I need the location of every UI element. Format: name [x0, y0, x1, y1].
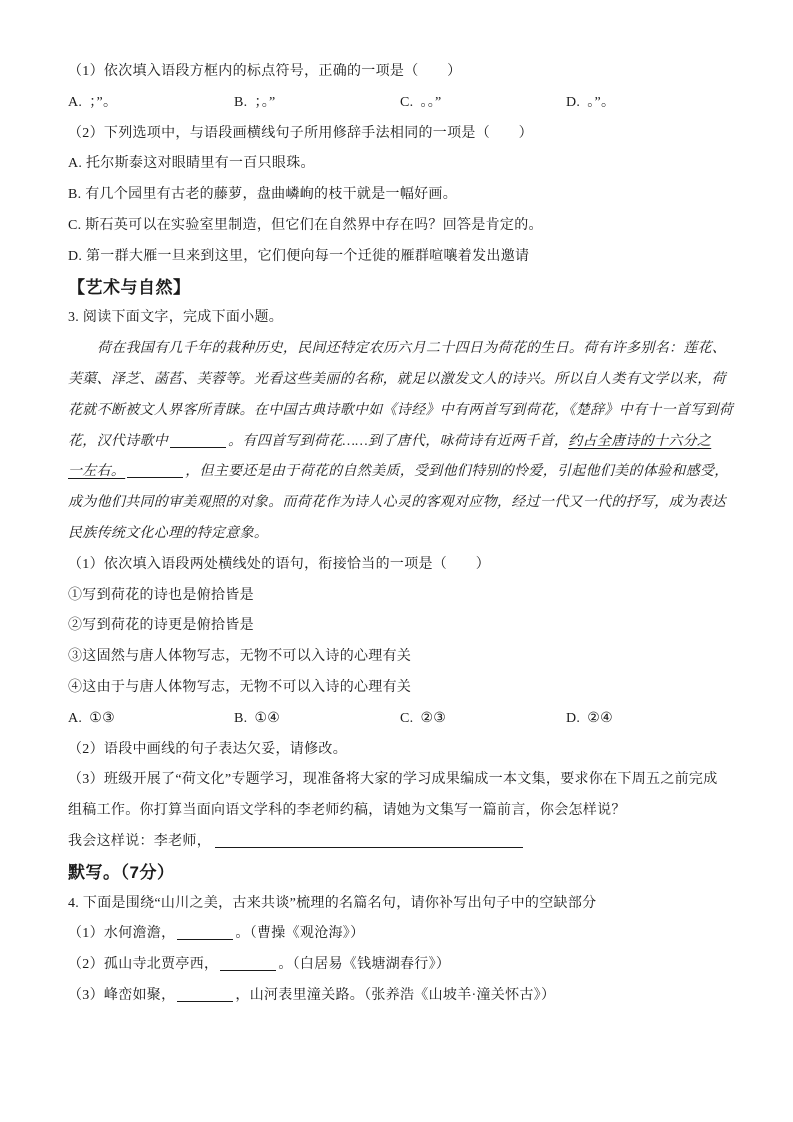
- option-label: B.: [234, 95, 247, 110]
- q3-sub3-line-1: （3）班级开展了“荷文化”专题学习，现准备将大家的学习成果编成一本文集，要求你在…: [68, 765, 735, 796]
- item-text: （3）峰峦如聚，: [68, 988, 175, 1003]
- q2-sub2-option-a: A. 托尔斯泰这对眼睛里有一百只眼珠。: [68, 149, 735, 180]
- q4-item-1: （1）水何澹澹，。（曹操《观沧海》）: [68, 919, 735, 950]
- q4-intro: 4. 下面是围绕“山川之美，古来共谈”梳理的名篇名句，请你补写出句子中的空缺部分: [68, 889, 735, 920]
- passage-line-4: 花，汉代诗歌中。有四首写到荷花……到了唐代，咏荷诗有近两千首，约占全唐诗的十六分…: [68, 427, 735, 458]
- blank-underline: [220, 966, 276, 971]
- q3-sub1-choice-b: B.①④: [234, 704, 400, 735]
- q3-sub1-statement-3: ③这固然与唐人体物写志，无物不可以入诗的心理有关: [68, 642, 735, 673]
- section-heading-dictation: 默写。（7分）: [68, 858, 735, 889]
- item-text: ，山河表里潼关路。（张养浩《山坡羊·潼关怀古》）: [235, 988, 555, 1003]
- q3-sub1-statement-1: ①写到荷花的诗也是俯拾皆是: [68, 581, 735, 612]
- underlined-phrase: 约占全唐诗的十六分之: [568, 434, 711, 449]
- q3-intro: 3. 阅读下面文字，完成下面小题。: [68, 303, 735, 334]
- blank-underline: [127, 473, 183, 478]
- q2-sub2-option-d: D. 第一群大雁一旦来到这里，它们便向每一个迁徙的雁群喧嚷着发出邀请: [68, 242, 735, 273]
- option-text: ；”。: [89, 95, 117, 110]
- section-heading-art-nature: 【艺术与自然】: [68, 273, 735, 304]
- q4-item-2: （2）孤山寺北贾亭西，。（白居易《钱塘湖春行》）: [68, 950, 735, 981]
- blank-underline: [177, 935, 233, 940]
- item-text: 。（曹操《观沧海》）: [235, 926, 364, 941]
- q3-sub1-statement-2: ②写到荷花的诗更是俯拾皆是: [68, 611, 735, 642]
- q3-sub3-answer-line: 我会这样说：李老师，: [68, 827, 735, 858]
- q2-sub1-option-a: A.；”。: [68, 88, 234, 119]
- option-text: ②④: [587, 711, 613, 726]
- q3-sub1-choice-a: A.①③: [68, 704, 234, 735]
- option-label: A.: [68, 711, 82, 726]
- q3-sub1-prompt: （1）依次填入语段两处横线处的语句，衔接恰当的一项是（ ）: [68, 550, 735, 581]
- q3-sub1-choice-c: C.②③: [400, 704, 566, 735]
- q2-sub1-prompt: （1）依次填入语段方框内的标点符号，正确的一项是（ ）: [68, 57, 735, 88]
- option-label: A.: [68, 95, 82, 110]
- option-text: 。”。: [587, 95, 615, 110]
- option-label: D.: [566, 95, 580, 110]
- q2-sub1-options-row: A.；”。 B.；。” C.。。” D.。”。: [68, 88, 735, 119]
- passage-line-5: 一左右。，但主要还是由于荷花的自然美质，受到他们特别的怜爱，引起他们美的体验和感…: [68, 457, 735, 488]
- blank-underline: [215, 843, 523, 848]
- blank-underline: [177, 997, 233, 1002]
- q2-sub1-option-d: D.。”。: [566, 88, 615, 119]
- passage-line-2: 芙蕖、泽芝、菡萏、芙蓉等。光看这些美丽的名称，就足以激发文人的诗兴。所以自人类有…: [68, 365, 735, 396]
- passage-line-3: 花就不断被文人界客所青睐。在中国古典诗歌中如《诗经》中有两首写到荷花，《楚辞》中…: [68, 396, 735, 427]
- q3-sub1-choices-row: A.①③ B.①④ C.②③ D.②④: [68, 704, 735, 735]
- q2-sub1-option-c: C.。。”: [400, 88, 566, 119]
- q3-sub3-line-2: 组稿工作。你打算当面向语文学科的李老师约稿，请她为文集写一篇前言，你会怎样说？: [68, 796, 735, 827]
- option-text: ①④: [254, 711, 280, 726]
- exam-page: （1）依次填入语段方框内的标点符号，正确的一项是（ ） A.；”。 B.；。” …: [0, 0, 793, 1122]
- option-label: C.: [400, 95, 413, 110]
- passage-line-7: 民族传统文化心理的特定意象。: [68, 519, 735, 550]
- item-text: 。（白居易《钱塘湖春行》）: [278, 957, 450, 972]
- passage-text: 花，汉代诗歌中: [68, 434, 168, 449]
- underlined-phrase: 一左右。: [68, 464, 125, 479]
- q2-sub2-option-c: C. 斯石英可以在实验室里制造，但它们在自然界中存在吗？回答是肯定的。: [68, 211, 735, 242]
- passage-text: 。有四首写到荷花……到了唐代，咏荷诗有近两千首，: [228, 434, 568, 449]
- q2-sub2-option-b: B. 有几个园里有古老的藤萝，盘曲嶙峋的枝干就是一幅好画。: [68, 180, 735, 211]
- option-text: ；。”: [254, 95, 275, 110]
- passage-line-6: 成为他们共同的审美观照的对象。而荷花作为诗人心灵的客观对应物，经过一代又一代的抒…: [68, 488, 735, 519]
- item-text: （2）孤山寺北贾亭西，: [68, 957, 218, 972]
- option-text: ②③: [420, 711, 446, 726]
- item-text: （1）水何澹澹，: [68, 926, 175, 941]
- passage-line-1: 荷在我国有几千年的栽种历史，民间还特定农历六月二十四日为荷花的生日。荷有许多别名…: [68, 334, 735, 365]
- q3-sub2-prompt: （2）语段中画线的句子表达欠妥，请修改。: [68, 735, 735, 766]
- q3-sub1-choice-d: D.②④: [566, 704, 613, 735]
- q2-sub1-option-b: B.；。”: [234, 88, 400, 119]
- q3-sub1-statement-4: ④这由于与唐人体物写志，无物不可以入诗的心理有关: [68, 673, 735, 704]
- q2-sub2-prompt: （2）下列选项中，与语段画横线句子所用修辞手法相同的一项是（ ）: [68, 119, 735, 150]
- blank-underline: [170, 443, 226, 448]
- passage-text: ，但主要还是由于荷花的自然美质，受到他们特别的怜爱，引起他们美的体验和感受，: [185, 464, 728, 479]
- q4-item-3: （3）峰峦如聚，，山河表里潼关路。（张养浩《山坡羊·潼关怀古》）: [68, 981, 735, 1012]
- option-label: C.: [400, 711, 413, 726]
- answer-prefix: 我会这样说：李老师，: [68, 834, 211, 849]
- option-label: B.: [234, 711, 247, 726]
- option-text: ①③: [89, 711, 115, 726]
- option-text: 。。”: [420, 95, 441, 110]
- option-label: D.: [566, 711, 580, 726]
